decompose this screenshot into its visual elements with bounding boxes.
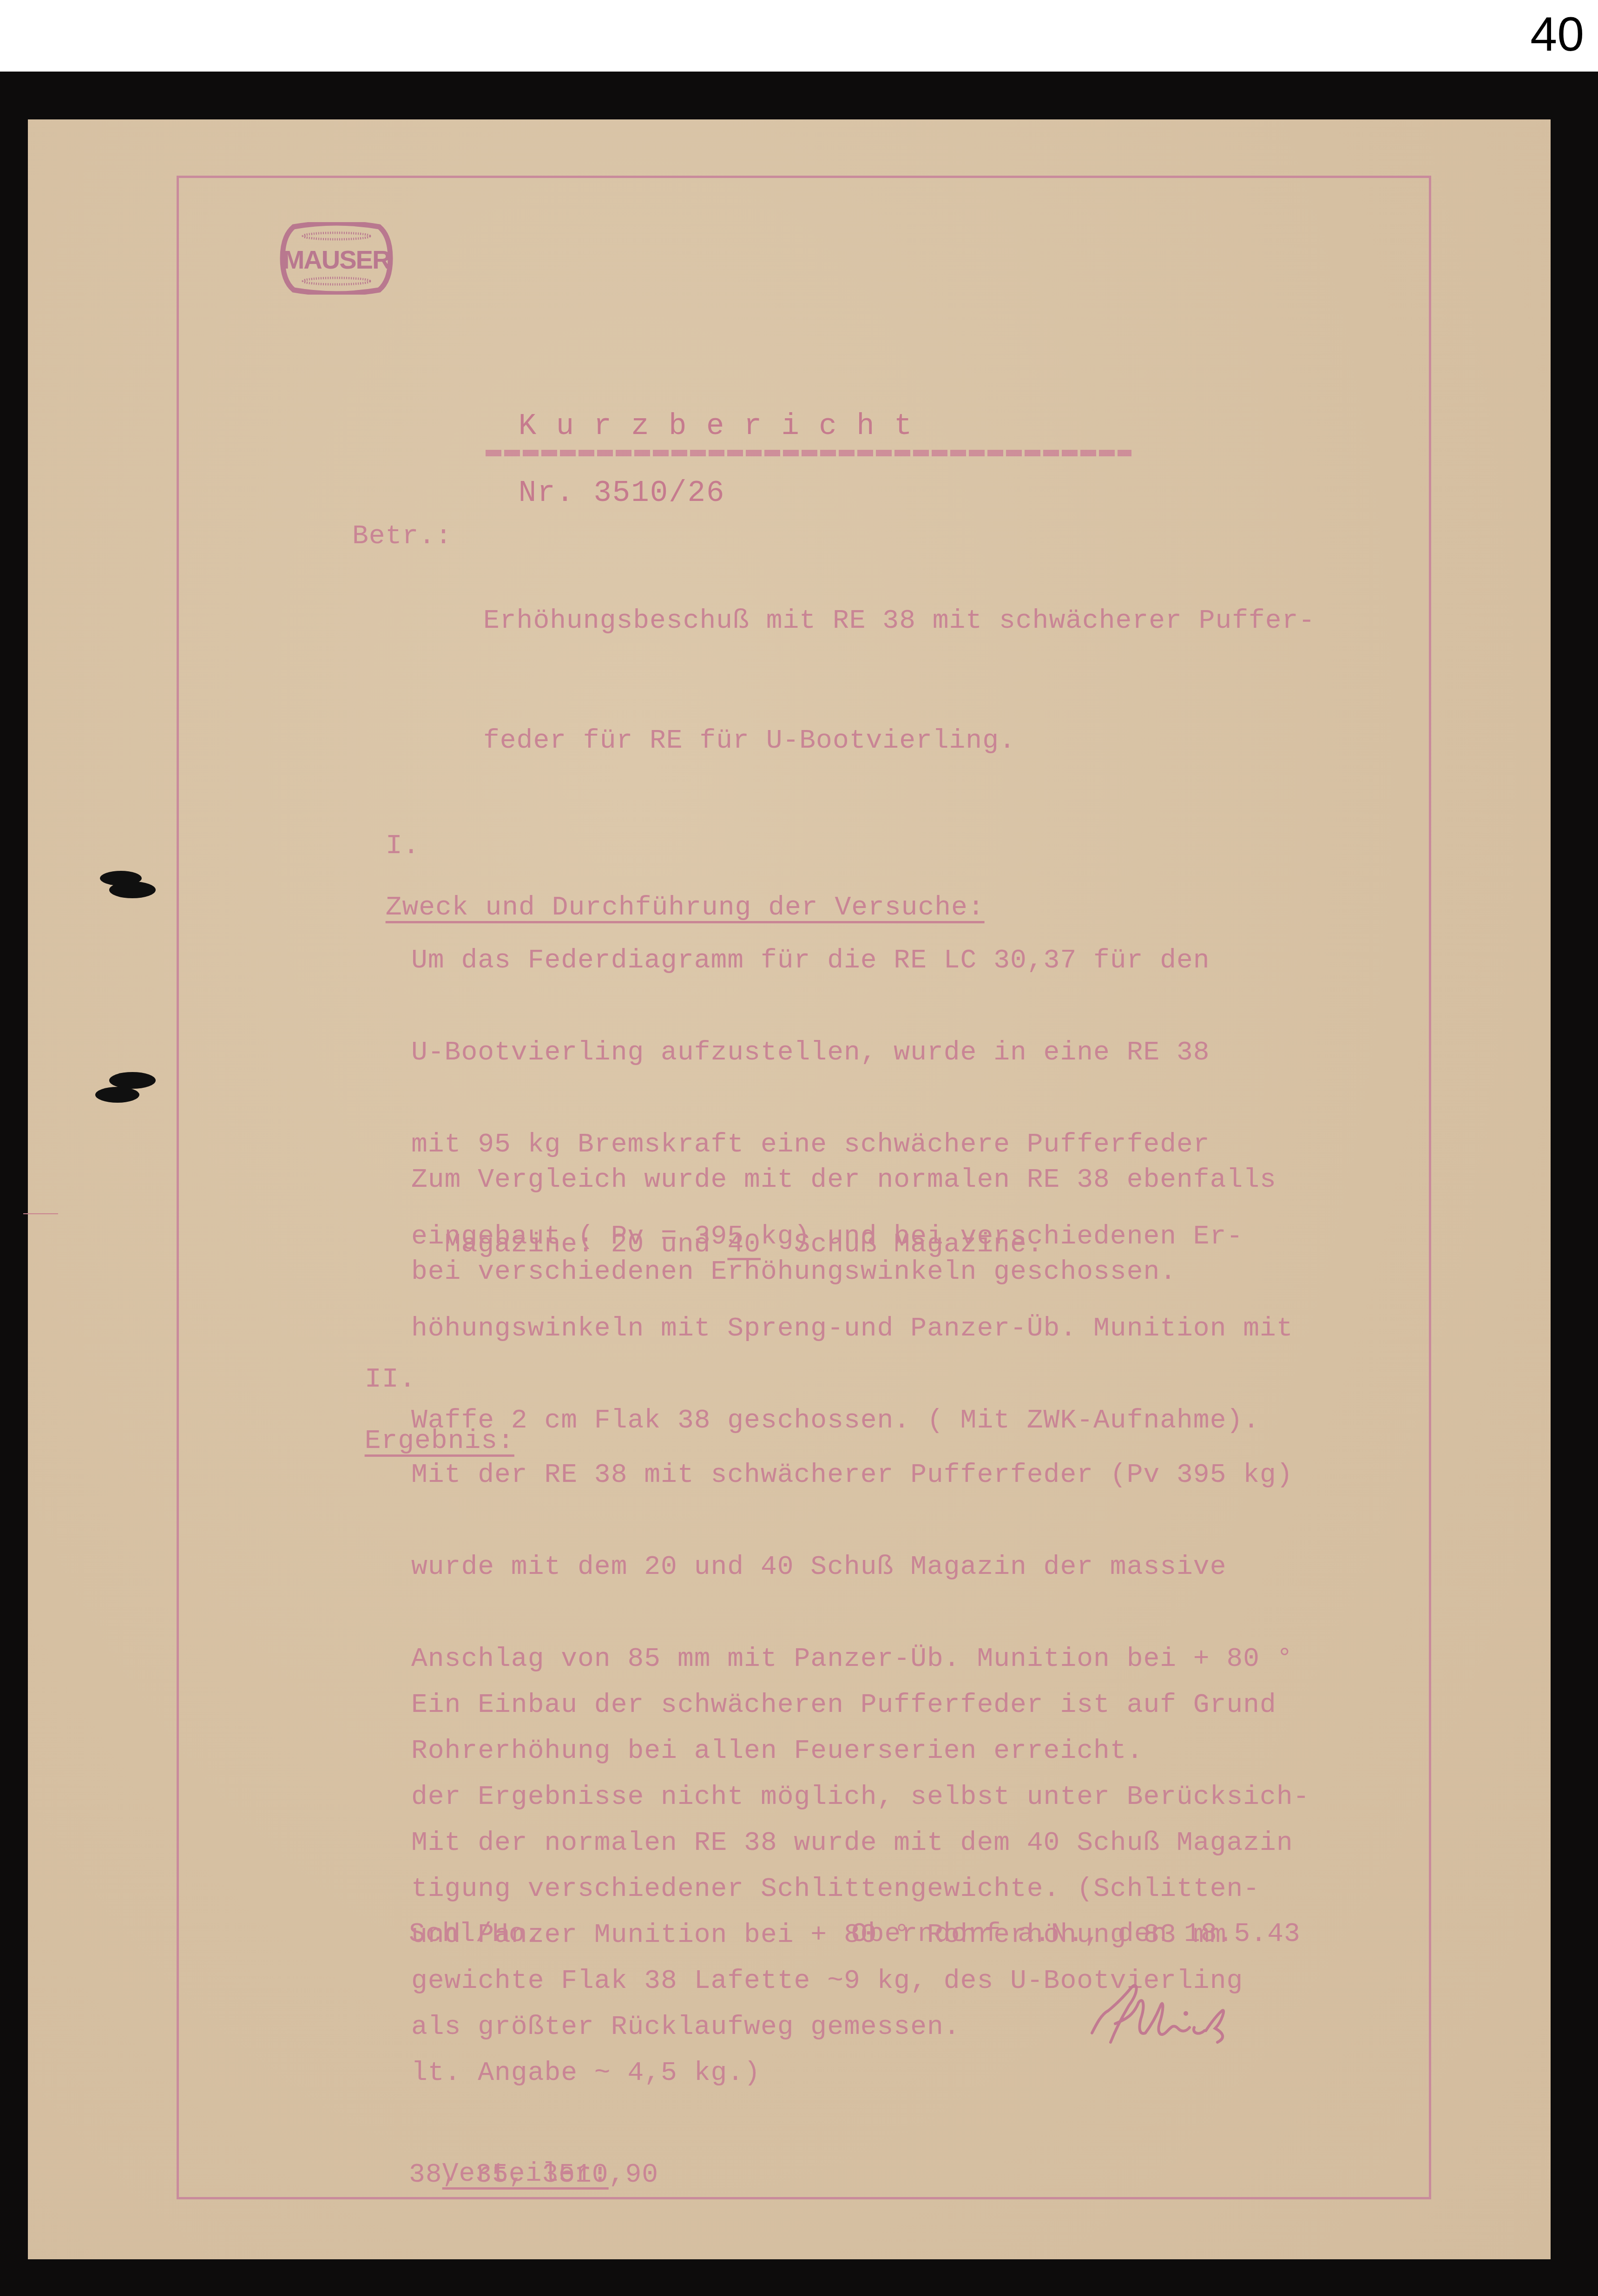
magazine-size: 40 — [727, 1230, 761, 1260]
section-number: II. — [365, 1364, 416, 1395]
subject-label: Betr.: — [352, 521, 452, 552]
title-double-underline — [486, 450, 1131, 456]
punch-hole-icon — [95, 1087, 139, 1103]
place-and-date: Oberndorf a.N., den 18.5.43 — [851, 1919, 1301, 1950]
page-number: 40 — [1530, 10, 1584, 59]
text-line: Um das Federdiagramm für die RE LC 30,37… — [411, 946, 1293, 976]
subject-line: Erhöhungsbeschuß mit RE 38 mit schwächer… — [483, 601, 1315, 641]
punch-hole-icon — [109, 1072, 156, 1089]
subject-line: feder für RE für U-Bootvierling. — [483, 721, 1315, 761]
report-title: K u r z b e r i c h t Nr. 3510/26 — [481, 376, 913, 510]
svg-text:MAUSER: MAUSER — [283, 245, 391, 274]
text-line: der Ergebnisse nicht möglich, selbst unt… — [411, 1782, 1310, 1813]
distribution-list: 38, 35, 3510,90 — [409, 2160, 658, 2191]
top-band: 40 — [0, 0, 1598, 72]
text-line: U-Bootvierling aufzustellen, wurde in ei… — [411, 1038, 1293, 1068]
section-1-magazines: Magazine: 20 und 40 Schuß Magazine. — [411, 1199, 1044, 1260]
report-number: Nr. 3510/26 — [519, 477, 725, 510]
author-initials: Schl/Ho. — [409, 1919, 542, 1950]
text-line: Ein Einbau der schwächeren Pufferfeder i… — [411, 1690, 1310, 1721]
magazine-size: 20 — [611, 1230, 644, 1260]
fold-mark — [23, 1213, 58, 1214]
signature-icon: Schlieck — [1083, 1977, 1236, 2056]
text-line: tigung verschiedener Schlittengewichte. … — [411, 1874, 1310, 1905]
section-number: I. — [386, 830, 420, 862]
mauser-logo-icon: MAUSER — [280, 222, 393, 295]
text-line: bei verschiedenen Erhöhungswinkeln gesch… — [411, 1257, 1276, 1288]
text-line: wurde mit dem 20 und 40 Schuß Magazin de… — [411, 1552, 1293, 1583]
text-word: Schuß Magazine. — [794, 1230, 1044, 1260]
text-line: Zum Vergleich wurde mit der normalen RE … — [411, 1165, 1276, 1196]
text-line: lt. Angabe ~ 4,5 kg.) — [411, 2058, 1310, 2089]
text-line: Mit der RE 38 mit schwächerer Pufferfede… — [411, 1460, 1293, 1491]
report-title-prefix: K u r z b e r i c h t — [519, 410, 913, 443]
magazines-label: Magazine: — [445, 1230, 594, 1260]
punch-hole-icon — [109, 882, 156, 898]
subject-text: Erhöhungsbeschuß mit RE 38 mit schwächer… — [483, 521, 1315, 801]
text-word: und — [661, 1230, 710, 1260]
